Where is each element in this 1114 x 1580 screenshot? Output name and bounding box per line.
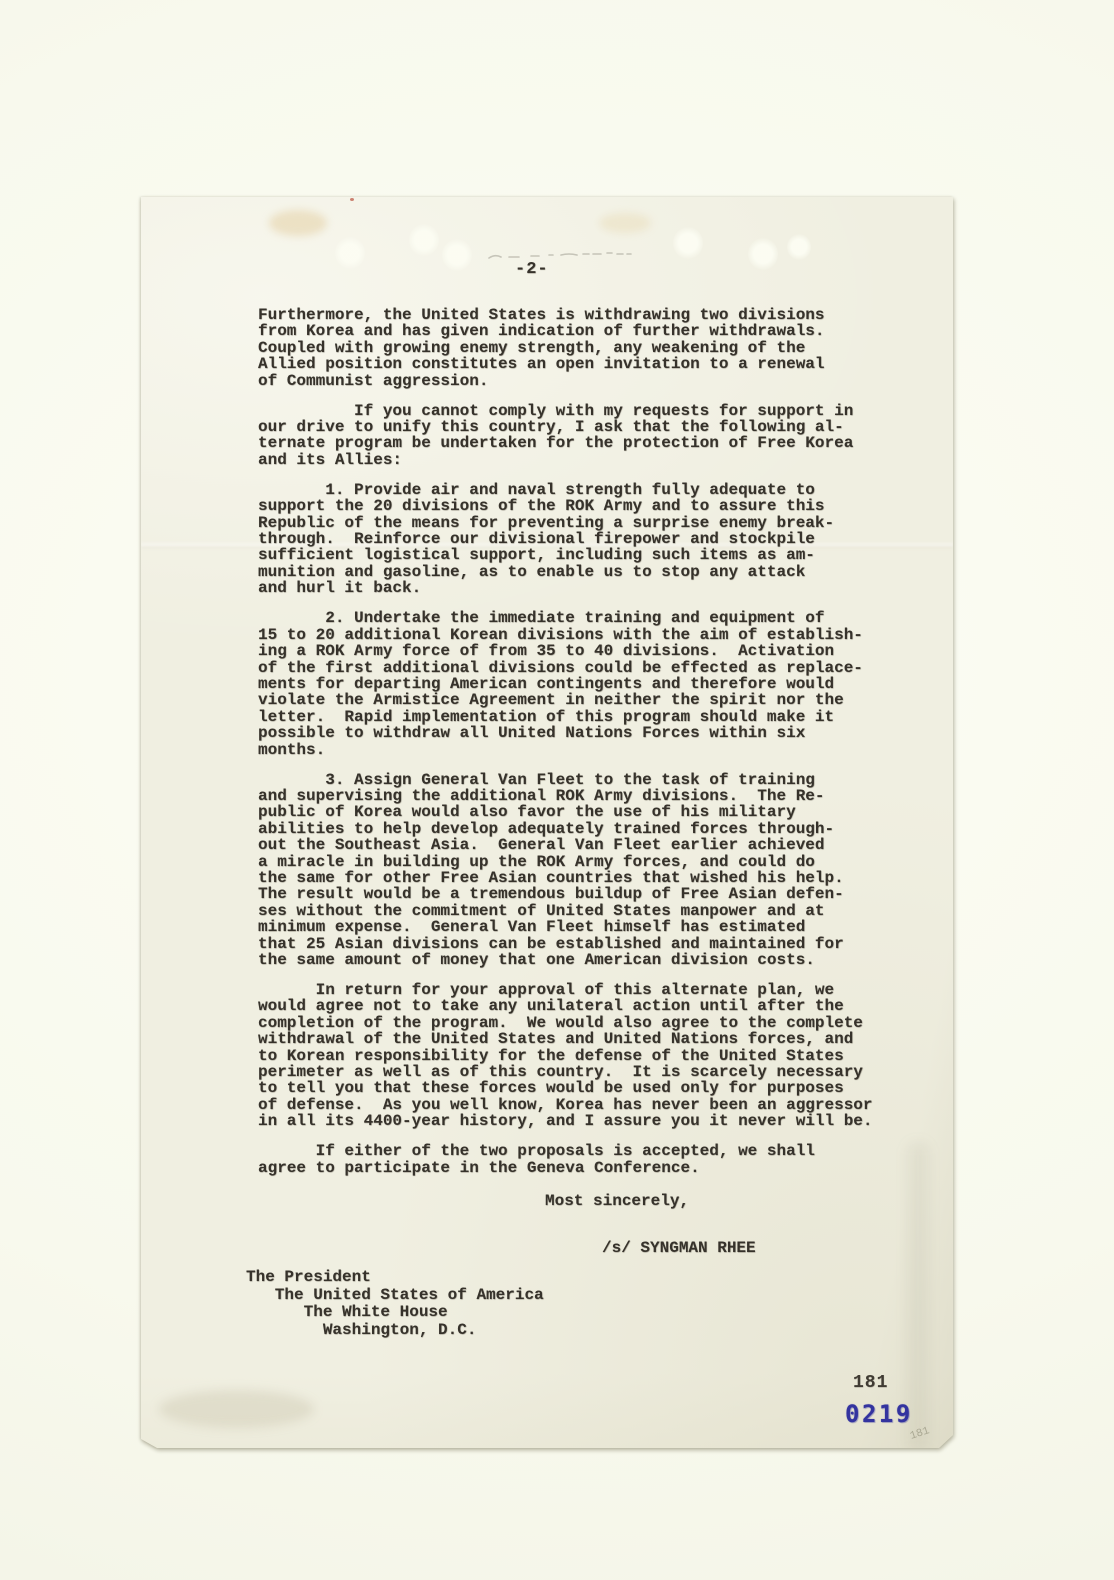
punch-hole bbox=[442, 239, 472, 271]
document-page: -2- Furthermore, the United States is wi… bbox=[141, 197, 953, 1448]
list-item-2: 2. Undertake the immediate training and … bbox=[258, 610, 873, 758]
punch-hole bbox=[409, 224, 439, 256]
pencil-marks bbox=[487, 249, 642, 263]
scan-background: -2- Furthermore, the United States is wi… bbox=[0, 0, 1114, 1580]
punch-hole bbox=[673, 227, 703, 259]
paper-stain bbox=[159, 1390, 314, 1428]
paper-stain bbox=[599, 213, 651, 233]
page-number: -2- bbox=[515, 260, 549, 280]
list-item-1: 1. Provide air and naval strength fully … bbox=[258, 482, 873, 597]
signature-line: /s/ SYNGMAN RHEE bbox=[602, 1239, 756, 1257]
paragraph-in-return: In return for your approval of this alte… bbox=[258, 982, 873, 1130]
letter-body: Furthermore, the United States is withdr… bbox=[258, 307, 873, 1190]
paragraph-geneva: If either of the two proposals is accept… bbox=[258, 1143, 873, 1176]
paper-speck bbox=[350, 198, 354, 201]
closing-salutation: Most sincerely, bbox=[545, 1192, 689, 1210]
punch-hole bbox=[335, 237, 365, 269]
paragraph-alternate-program: If you cannot comply with my requests fo… bbox=[258, 403, 873, 469]
paper-stain bbox=[269, 210, 327, 236]
list-item-3: 3. Assign General Van Fleet to the task … bbox=[258, 772, 873, 969]
addressee-block: The President The United States of Ameri… bbox=[246, 1269, 544, 1340]
punch-hole bbox=[748, 238, 778, 270]
footer-stamp-number: 0219 bbox=[845, 1401, 913, 1427]
punch-hole bbox=[787, 234, 811, 260]
paragraph-furthermore: Furthermore, the United States is withdr… bbox=[258, 307, 873, 389]
paper-shadow: -2- Furthermore, the United States is wi… bbox=[141, 197, 953, 1448]
footer-typed-number: 181 bbox=[853, 1373, 888, 1393]
